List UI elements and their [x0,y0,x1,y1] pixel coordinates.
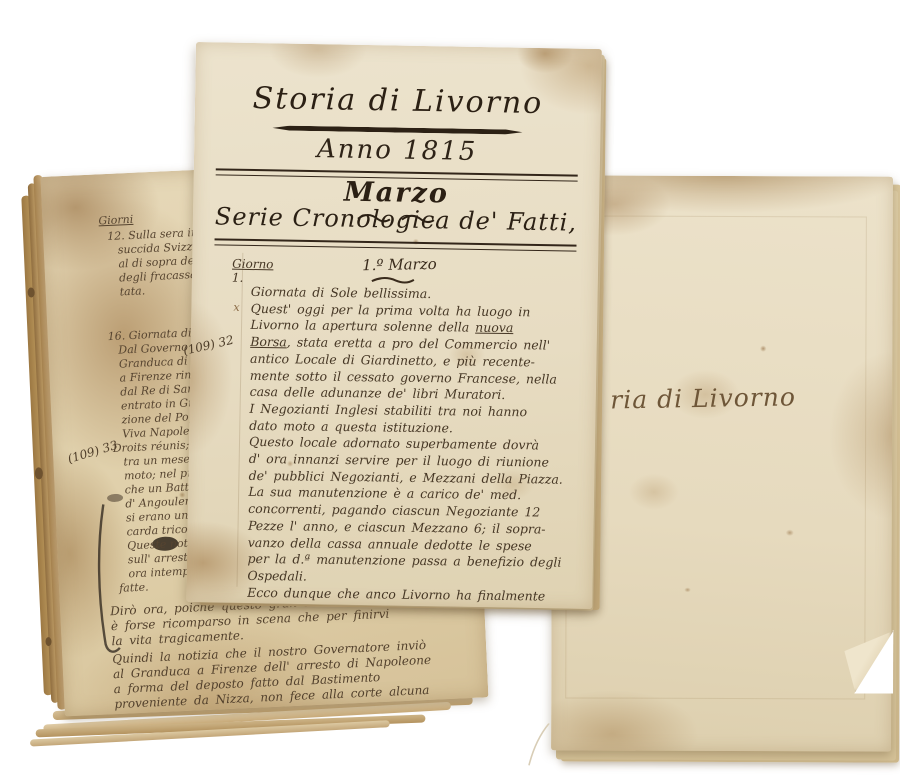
faint-page-rule [565,215,867,699]
line-text: Livorno la apertura solenne della [250,317,475,335]
underlined-word: Borsa [250,334,287,349]
line-text: , stata eretta a pro del Commercio nell' [287,334,551,352]
manuscripts-photograph: ria di Livorno Gio [0,0,900,780]
left-page-full-lines: Dirò ora, poiché questo gran scellerato … [110,590,433,712]
dog-ear-fold [843,629,893,693]
double-rule [214,238,576,251]
heading-flourish [370,275,416,286]
manuscript-title: Storia di Livorno [195,80,602,122]
margin-mark: x [233,301,239,314]
center-manuscript-title-page: Storia di Livorno Anno 1815 Marzo Serie … [186,42,602,609]
center-body-text: Giornata di Sole bellissima. Quest' oggi… [247,284,587,605]
manuscript-year: Anno 1815 [194,132,600,169]
underlined-word: nuova [475,320,513,335]
binding-thread [519,723,555,767]
day-column: Giorno 1. [232,257,274,286]
day-label: Giorno [232,257,274,272]
right-cover-title: ria di Livorno [610,382,796,414]
manuscript-line: Ecco dunque che anco Livorno ha finalmen… [247,585,583,606]
center-manuscript: Storia di Livorno Anno 1815 Marzo Serie … [186,42,602,609]
section-heading: 1.º Marzo [362,255,437,274]
manuscript-subtitle: Serie Cronologica de' Fatti, [193,202,599,237]
